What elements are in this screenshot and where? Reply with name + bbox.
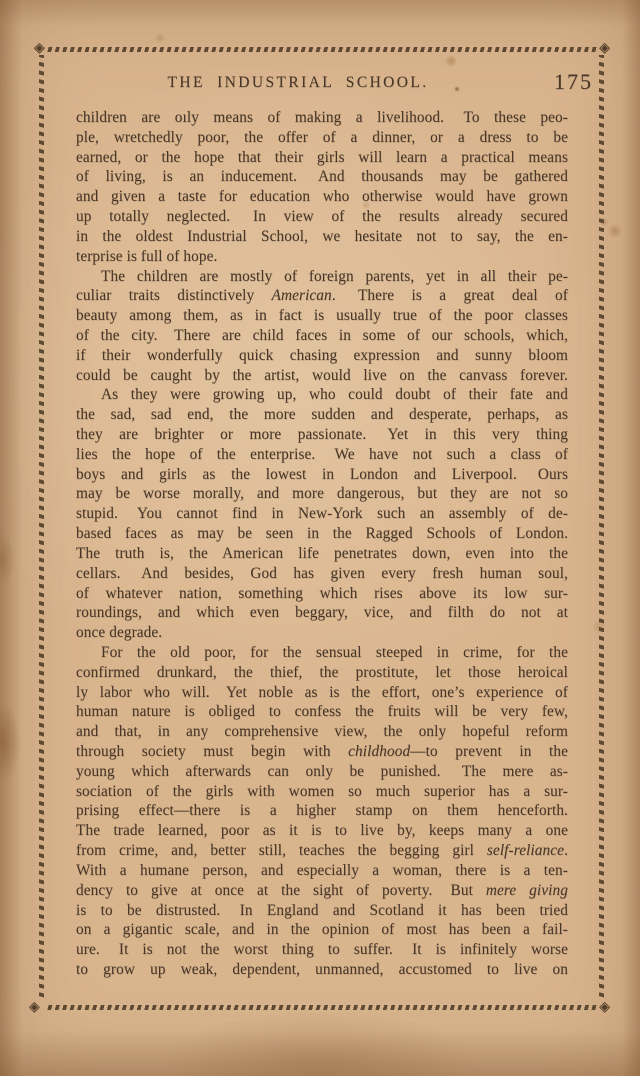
diamond-ornament-icon: ◈ <box>599 1001 610 1015</box>
text-line: of the city. There are child faces in so… <box>76 326 568 346</box>
text-line: up totally neglected. In view of the res… <box>76 207 568 227</box>
text-line: prising effect—there is a higher stamp o… <box>76 801 568 821</box>
diamond-ornament-icon: ◈ <box>599 42 610 56</box>
text-line: The children are mostly of foreign paren… <box>76 267 568 287</box>
text-line: terprise is full of hope. <box>76 247 568 267</box>
text-line: confirmed drunkard, the thief, the prost… <box>76 663 568 683</box>
text-line: on a gigantic scale, and in the opinion … <box>76 920 568 940</box>
text-line: human nature is obliged to confess the f… <box>76 702 568 722</box>
text-line: The truth is, the American life penetrat… <box>76 544 568 564</box>
border-right-rule <box>599 55 604 998</box>
text-line: through society must begin with childhoo… <box>76 742 568 762</box>
text-line: The trade learned, poor as it is to live… <box>76 821 568 841</box>
diamond-ornament-icon: ◈ <box>34 42 45 56</box>
text-line: roundings, and which even beggary, vice,… <box>76 603 568 623</box>
book-page: ◈ ◈ ◈ ◈ THE INDUSTRIAL SCHOOL. 175 child… <box>0 0 640 1076</box>
page-number: 175 <box>554 69 593 95</box>
text-line: earned, or the hope that their girls wil… <box>76 148 568 168</box>
text-line: ple, wretchedly poor, the offer of a din… <box>76 128 568 148</box>
text-line: cellars. And besides, God has given ever… <box>76 564 568 584</box>
text-line: With a humane person, and especially a w… <box>76 861 568 881</box>
text-line: beauty among them, as in fact is usually… <box>76 306 568 326</box>
text-line: of living, is an inducement. And thousan… <box>76 167 568 187</box>
text-line: As they were growing up, who could doubt… <box>76 385 568 405</box>
border-left-rule <box>39 55 44 998</box>
text-line: they are brighter or more passionate. Ye… <box>76 425 568 445</box>
text-line: once degrade. <box>76 623 568 643</box>
text-line: lies the hope of the enterprise. We have… <box>76 445 568 465</box>
text-line: culiar traits distinctively American. Th… <box>76 286 568 306</box>
text-body: children are oıly means of making a live… <box>76 108 568 980</box>
diamond-ornament-icon: ◈ <box>29 1001 40 1015</box>
text-line: may be worse morally, and more dangerous… <box>76 484 568 504</box>
text-line: ly labor who will. Yet noble as is the e… <box>76 683 568 703</box>
text-line: dency to give at once at the sight of po… <box>76 881 568 901</box>
text-line: ure. It is not the worst thing to suffer… <box>76 940 568 960</box>
page-header: THE INDUSTRIAL SCHOOL. 175 <box>76 74 568 98</box>
text-line: and that, in any comprehensive view, the… <box>76 722 568 742</box>
text-line: and given a taste for education who othe… <box>76 187 568 207</box>
text-line: in the oldest Industrial School, we hesi… <box>76 227 568 247</box>
border-top-rule <box>47 47 598 52</box>
text-line: from crime, and, better still, teaches t… <box>76 841 568 861</box>
text-line: of whatever nation, something which rise… <box>76 584 568 604</box>
text-line: could be caught by the artist, would liv… <box>76 366 568 386</box>
text-line: the sad, sad end, the more sudden and de… <box>76 405 568 425</box>
text-line: to grow up weak, dependent, unmanned, ac… <box>76 960 568 980</box>
text-line: children are oıly means of making a live… <box>76 108 568 128</box>
text-line: sociation of the girls with women so muc… <box>76 782 568 802</box>
running-head-title: THE INDUSTRIAL SCHOOL. <box>168 74 429 92</box>
text-line: based faces as may be seen in the Ragged… <box>76 524 568 544</box>
border-bottom-rule <box>47 1005 598 1010</box>
text-line: boys and girls as the lowest in London a… <box>76 465 568 485</box>
text-line: For the old poor, for the sensual steepe… <box>76 643 568 663</box>
text-line: stupid. You cannot find in New-York such… <box>76 504 568 524</box>
text-line: if their wonderfully quick chasing expre… <box>76 346 568 366</box>
text-line: is to be distrusted. In England and Scot… <box>76 901 568 921</box>
text-line: young which afterwards can only be punis… <box>76 762 568 782</box>
